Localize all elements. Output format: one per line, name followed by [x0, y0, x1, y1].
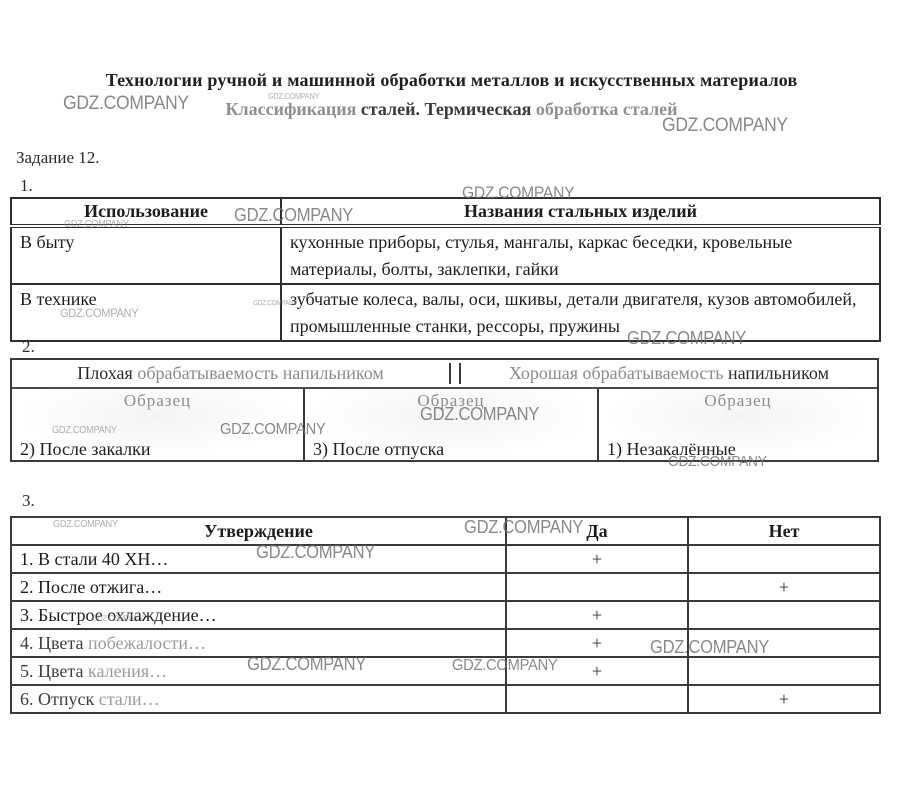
- statement-cell: 5. Цвета каления…: [11, 657, 506, 685]
- section-number-3: 3.: [22, 491, 35, 511]
- statement-row: 1. В стали 40 ХН… +: [11, 545, 880, 573]
- table-row: В быту кухонные приборы, стулья, мангалы…: [11, 226, 880, 284]
- sample-answer: 3) После отпуска: [313, 439, 444, 460]
- statement-cell: 1. В стали 40 ХН…: [11, 545, 506, 573]
- sample-cell: Образец 3) После отпуска: [305, 389, 599, 460]
- yes-mark-cell: +: [506, 601, 688, 629]
- no-mark-cell: +: [688, 573, 880, 601]
- statements-header-row: Утверждение Да Нет: [11, 517, 880, 545]
- statements-table: Утверждение Да Нет 1. В стали 40 ХН… + 2…: [10, 516, 881, 714]
- machinability-header-row: Плохая обрабатываемость напильником Хоро…: [12, 360, 877, 389]
- steel-usage-header-row: Использование Названия стальных изделий: [11, 198, 880, 226]
- statement-row: 4. Цвета побежалости… +: [11, 629, 880, 657]
- steel-usage-table-wrap: Использование Названия стальных изделий …: [10, 197, 881, 342]
- statement-row: 5. Цвета каления… +: [11, 657, 880, 685]
- statement-cell: 2. После отжига…: [11, 573, 506, 601]
- sample-cell: Образец 2) После закалки: [12, 389, 305, 460]
- sample-caption: Образец: [305, 391, 597, 411]
- no-mark-cell: +: [688, 685, 880, 713]
- table-row: В технике зубчатые колеса, валы, оси, шк…: [11, 284, 880, 341]
- steel-usage-table: Использование Названия стальных изделий …: [10, 197, 881, 342]
- usage-cell: В технике: [11, 284, 281, 341]
- yes-mark-cell: +: [506, 545, 688, 573]
- task-label: Задание 12.: [16, 148, 100, 168]
- machinability-table: Плохая обрабатываемость напильником Хоро…: [10, 358, 879, 462]
- sample-answer: 2) После закалки: [20, 439, 150, 460]
- header-divider-gap: [451, 360, 459, 387]
- sample-caption: Образец: [599, 391, 877, 411]
- no-mark-cell: [688, 601, 880, 629]
- statement-cell: 3. Быстрое охлаждение…: [11, 601, 506, 629]
- yes-mark-cell: +: [506, 629, 688, 657]
- statements-table-wrap: Утверждение Да Нет 1. В стали 40 ХН… + 2…: [10, 516, 881, 714]
- statement-row: 6. Отпуск стали… +: [11, 685, 880, 713]
- bad-machinability-header: Плохая обрабатываемость напильником: [12, 363, 451, 384]
- page-title: Технологии ручной и машинной обработки м…: [0, 70, 903, 91]
- no-mark-cell: [688, 545, 880, 573]
- yes-mark-cell: +: [506, 657, 688, 685]
- yes-mark-cell: [506, 685, 688, 713]
- statement-row: 3. Быстрое охлаждение… +: [11, 601, 880, 629]
- sample-answer: 1) Незакалённые: [607, 439, 736, 460]
- section-number-1: 1.: [20, 176, 33, 196]
- sample-caption: Образец: [12, 391, 303, 411]
- yes-mark-cell: [506, 573, 688, 601]
- usage-column-header: Использование: [11, 198, 281, 226]
- items-column-header: Названия стальных изделий: [281, 198, 880, 226]
- sample-cell: Образец 1) Незакалённые: [599, 389, 877, 460]
- subtitle-part-1: Классификация: [225, 99, 360, 119]
- subtitle-part-3: обработка сталей: [536, 99, 678, 119]
- yes-column-header: Да: [506, 517, 688, 545]
- items-cell: кухонные приборы, стулья, мангалы, карка…: [281, 226, 880, 284]
- statement-cell: 4. Цвета побежалости…: [11, 629, 506, 657]
- no-column-header: Нет: [688, 517, 880, 545]
- no-mark-cell: [688, 657, 880, 685]
- statement-row: 2. После отжига… +: [11, 573, 880, 601]
- usage-cell: В быту: [11, 226, 281, 284]
- items-cell: зубчатые колеса, валы, оси, шкивы, детал…: [281, 284, 880, 341]
- page-subtitle: Классификация сталей. Термическая обрабо…: [0, 99, 903, 120]
- statement-column-header: Утверждение: [11, 517, 506, 545]
- no-mark-cell: [688, 629, 880, 657]
- machinability-body-row: Образец 2) После закалки Образец 3) Посл…: [12, 389, 877, 460]
- subtitle-part-2: сталей. Термическая: [361, 99, 536, 119]
- statement-cell: 6. Отпуск стали…: [11, 685, 506, 713]
- good-machinability-header: Хорошая обрабатываемость напильником: [459, 363, 877, 384]
- worksheet-page: Технологии ручной и машинной обработки м…: [0, 0, 903, 803]
